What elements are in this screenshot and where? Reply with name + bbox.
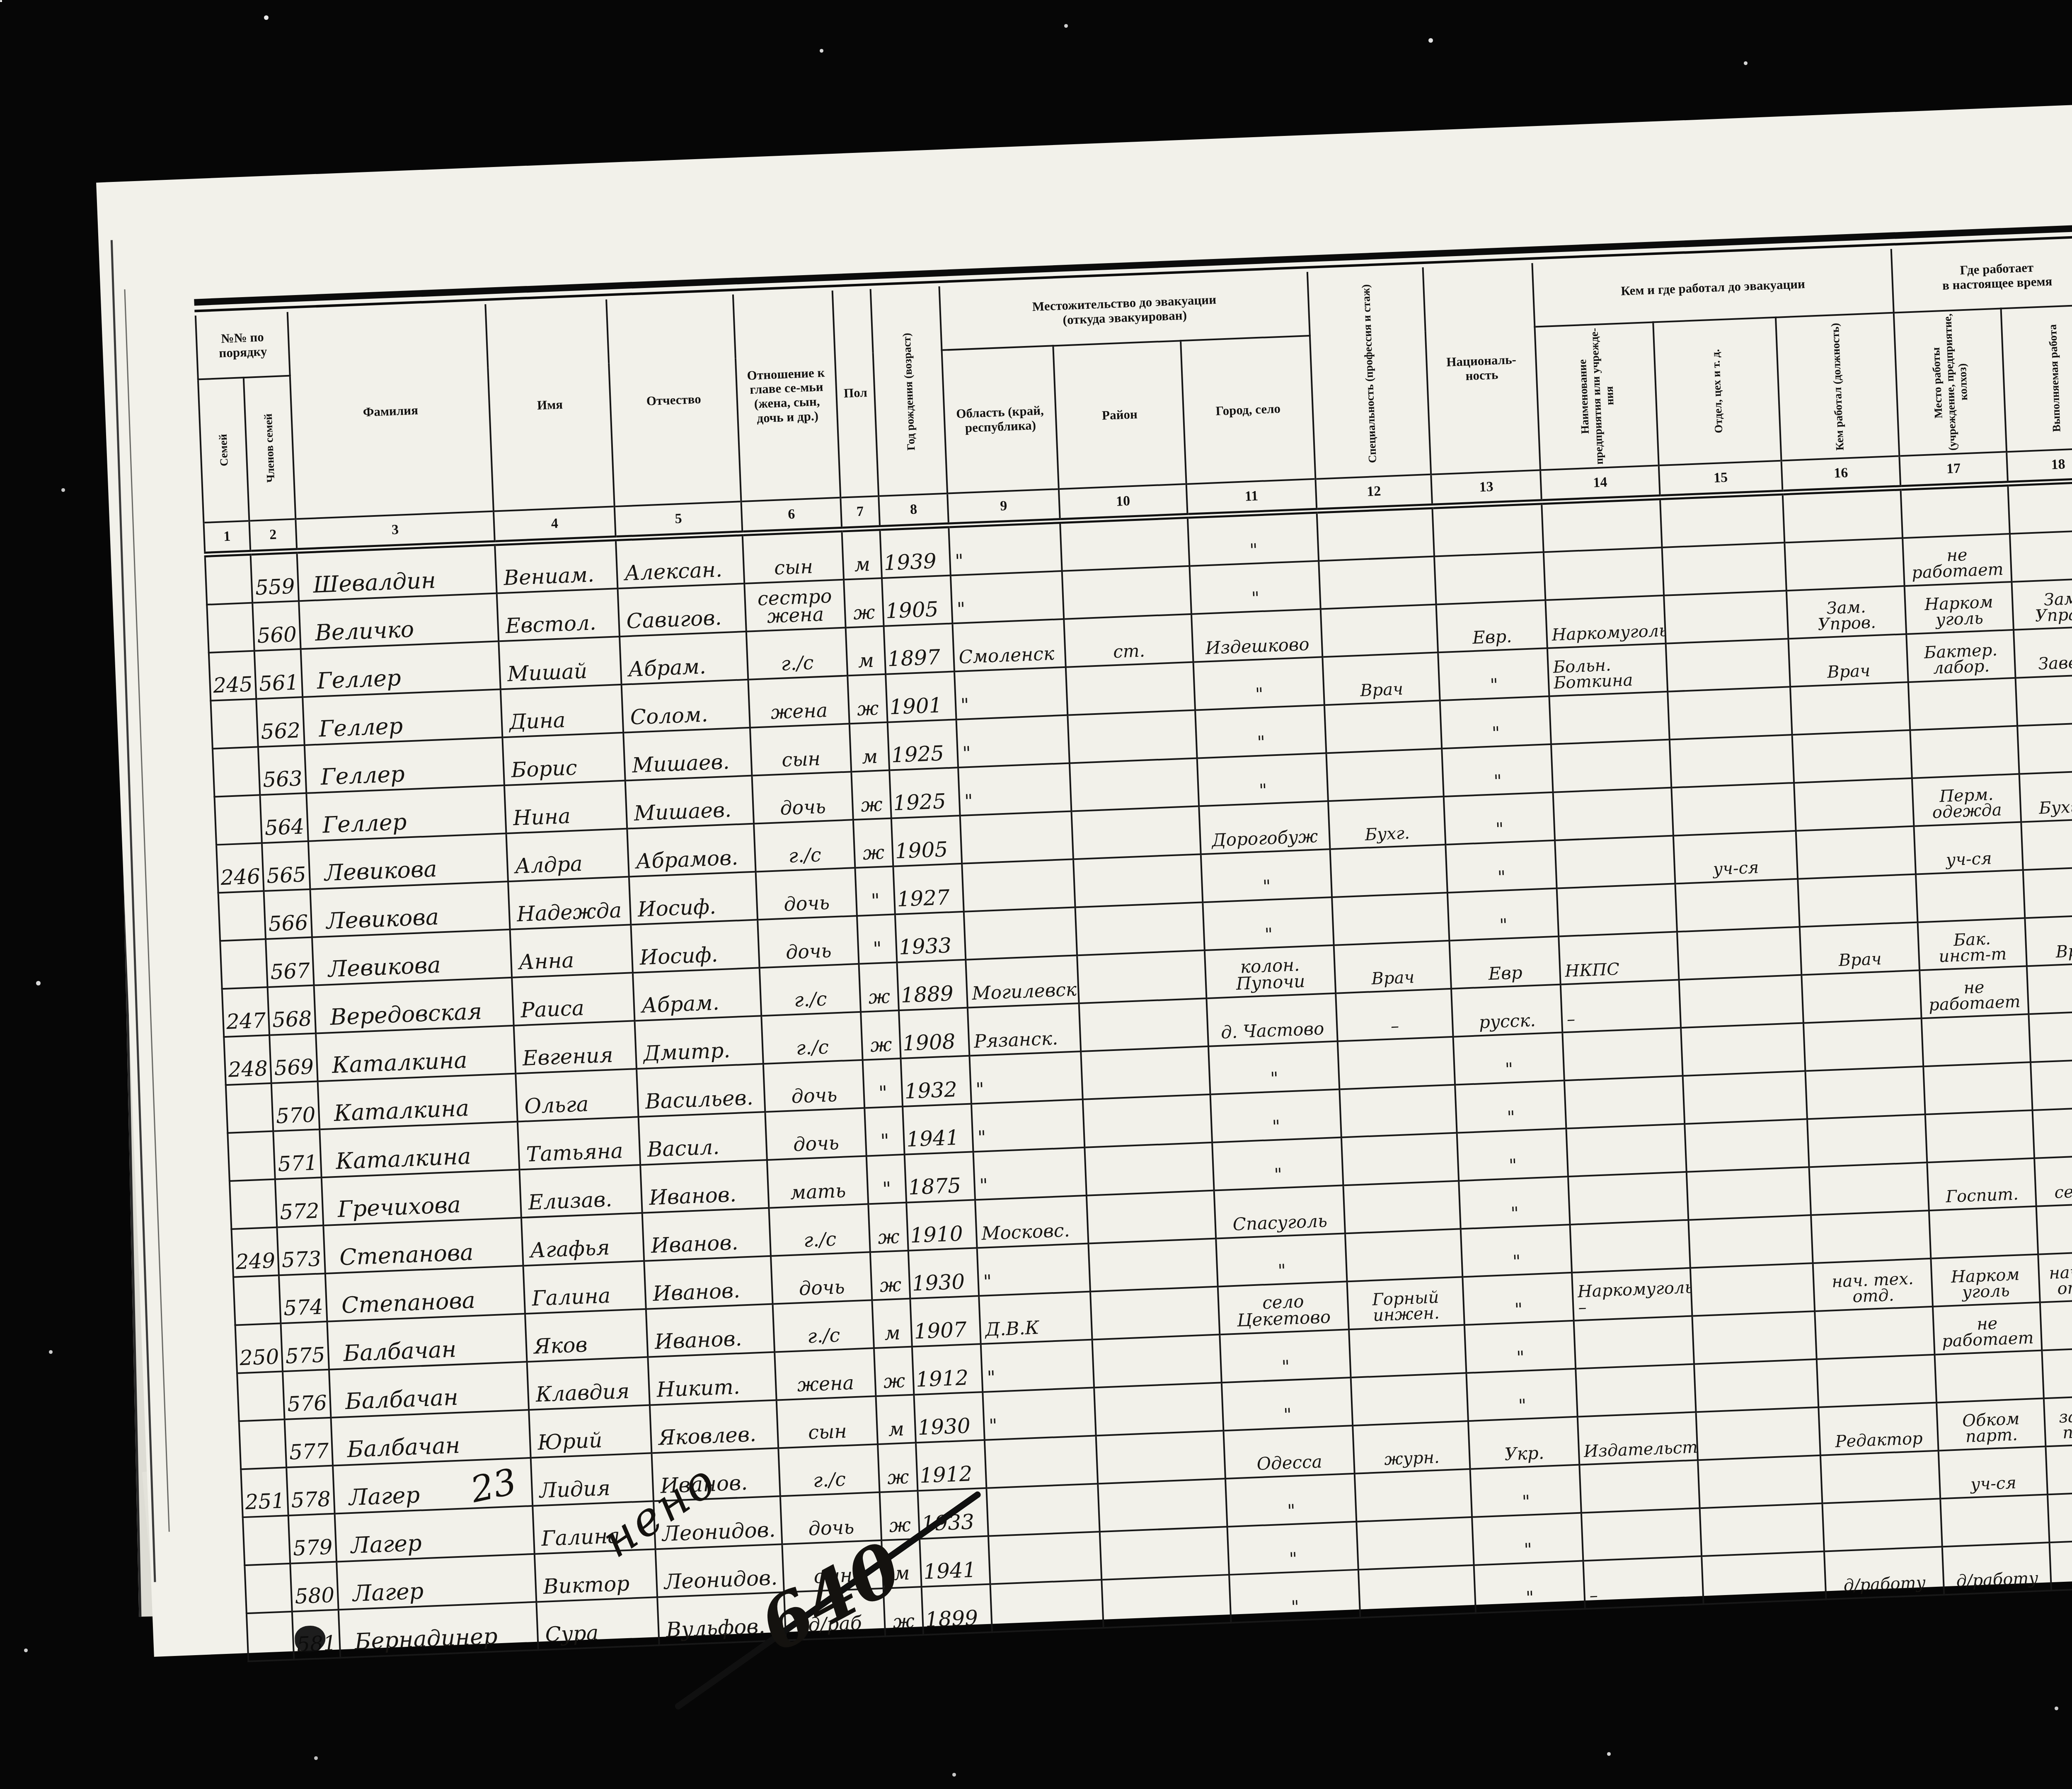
cell-num: 559 (250, 551, 299, 603)
cell-enterprise: Издательство (1578, 1412, 1698, 1465)
cell-surname: Балбачан (329, 1362, 529, 1418)
cell-specialty: Врач (1322, 652, 1440, 705)
cell-raion (1087, 1191, 1216, 1244)
cell-surname: Балбачан (331, 1410, 531, 1466)
cell-num: 569 (269, 1033, 317, 1083)
cell-relation: г./с (761, 1012, 862, 1064)
cell-raion (1094, 1382, 1223, 1436)
cell-relation: дочь (771, 1252, 872, 1304)
cell-raion (1081, 1046, 1210, 1099)
column-number: 1 (203, 521, 250, 554)
cell-position (1801, 970, 1921, 1023)
cell-specialty (1343, 1181, 1460, 1233)
header-work-now: Место работы (учреждение, предприятие, к… (1894, 308, 2007, 456)
cell-position: Зам. Упров. (1786, 586, 1906, 639)
cell-raion (1070, 758, 1199, 811)
cell-oblast (990, 1580, 1104, 1632)
cell-enterprise: Наркомуголь – (1572, 1268, 1692, 1321)
cell-name: Клавдия (527, 1357, 650, 1410)
cell-name: Алдра (506, 829, 629, 881)
cell-specialty: Бухг. (1328, 796, 1445, 849)
column-number: 13 (1431, 470, 1542, 506)
cell-sex: м (876, 1394, 916, 1444)
cell-sex: ж (861, 1010, 900, 1060)
cell-work_now (1922, 1014, 2031, 1066)
cell-surname: Лагер (335, 1506, 535, 1562)
cell-position (1817, 1355, 1936, 1407)
cell-surname: Лагер (336, 1554, 536, 1610)
cell-specialty: Горный инжен. (1347, 1277, 1464, 1329)
cell-num: 573 (277, 1225, 325, 1275)
cell-work_now (1935, 1351, 2044, 1403)
column-number: 15 (1659, 461, 1783, 498)
cell-name: Мишай (499, 637, 621, 689)
cell-enterprise: – (1561, 980, 1681, 1032)
cell-work_now (1900, 484, 2010, 538)
cell-work_done (2031, 1058, 2072, 1110)
cell-oblast: " (954, 667, 1067, 719)
cell-position (1794, 778, 1914, 831)
cell-fam: 249 (231, 1227, 278, 1277)
cell-position: Редактор (1818, 1403, 1938, 1455)
cell-nationality: " (1447, 888, 1559, 941)
cell-nationality: Евр. (1436, 600, 1547, 652)
cell-relation: дочь (756, 868, 857, 920)
cell-name: Татьяна (518, 1117, 640, 1169)
cell-relation: сестро жена (744, 580, 845, 632)
cell-surname: Шевалдин (297, 543, 496, 601)
cell-specialty (1349, 1325, 1466, 1377)
cell-work_done (2010, 530, 2072, 582)
cell-nationality: " (1466, 1369, 1577, 1421)
cell-work_done (2036, 1202, 2072, 1254)
cell-fam (237, 1371, 284, 1421)
cell-year: 1930 (908, 1248, 979, 1298)
cell-surname: Левикова (308, 833, 508, 889)
cell-specialty (1319, 557, 1436, 609)
cell-work_done: Завед. (2014, 626, 2072, 678)
cell-fam (205, 553, 253, 605)
cell-name: Вениам. (495, 538, 618, 593)
cell-fam (218, 891, 266, 941)
cell-oblast (988, 1532, 1101, 1584)
cell-nationality: " (1457, 1128, 1568, 1181)
column-number: 5 (615, 501, 743, 538)
cell-sex: ж (868, 1203, 908, 1252)
cell-patronymic: Дмитр. (634, 1016, 763, 1069)
cell-work_now: Нарком уголь (1905, 582, 2014, 634)
cell-fam: 251 (241, 1467, 288, 1517)
cell-enterprise: Больн. Боткина (1547, 644, 1668, 696)
cell-name: Яков (525, 1309, 648, 1362)
cell-work_now (1916, 870, 2025, 922)
cell-surname: Каталкина (316, 1026, 516, 1082)
cell-num: 561 (254, 649, 303, 699)
cell-enterprise (1551, 740, 1671, 792)
cell-year: 1932 (901, 1056, 971, 1106)
header-patronymic: Отчество (606, 295, 741, 507)
cell-dept (1692, 1311, 1816, 1364)
cell-fam (226, 1083, 273, 1133)
cell-surname: Вередовская (314, 978, 514, 1034)
cell-work_now: уч-ся (1914, 822, 2023, 874)
cell-relation: сын (750, 724, 851, 775)
cell-nationality: " (1445, 840, 1556, 893)
cell-city: " (1188, 511, 1319, 566)
cell-position: д/работу (1824, 1547, 1944, 1599)
cell-year: 1912 (912, 1344, 983, 1394)
cell-year: 1907 (910, 1296, 980, 1346)
cell-city: Дорогобуж (1199, 801, 1330, 854)
cell-year: 1875 (905, 1152, 975, 1202)
cell-specialty (1358, 1565, 1476, 1618)
cell-raion (1079, 998, 1208, 1051)
cell-city: " (1227, 1522, 1358, 1575)
cell-fam (243, 1515, 290, 1565)
cell-enterprise (1576, 1364, 1696, 1417)
cell-nationality: " (1438, 648, 1549, 700)
cell-specialty (1338, 1037, 1455, 1089)
cell-oblast: " (958, 763, 1071, 816)
cell-fam (239, 1419, 286, 1469)
cell-nationality: " (1455, 1080, 1566, 1133)
cell-oblast: " (951, 571, 1064, 623)
cell-year: 1927 (893, 864, 963, 914)
header-name: Имя (485, 300, 614, 511)
cell-oblast (985, 1436, 1098, 1488)
cell-city: " (1201, 849, 1332, 902)
cell-surname: Левикова (312, 930, 512, 985)
cell-dept (1694, 1359, 1818, 1412)
cell-fam (228, 1131, 275, 1181)
cell-position (1783, 488, 1903, 542)
cell-nationality (1432, 502, 1544, 556)
cell-surname: Балбачан (327, 1314, 527, 1370)
cell-year: 1933 (895, 912, 966, 962)
cell-oblast: " (977, 1244, 1090, 1296)
cell-oblast (962, 859, 1075, 911)
cell-sex: ж (847, 674, 887, 724)
cell-relation: г./с (778, 1444, 879, 1496)
cell-relation: дочь (758, 916, 859, 968)
header-families: Семей (198, 378, 249, 523)
header-enterprise: Наименование предприятия или учрежде-ния (1535, 322, 1658, 470)
cell-fam (244, 1564, 292, 1613)
cell-dept (1681, 1023, 1805, 1076)
cell-work_now: не работает (1920, 966, 2028, 1018)
cell-name: Анна (510, 925, 633, 977)
cell-name: Нина (504, 781, 627, 833)
cell-position (1822, 1498, 1942, 1551)
cell-num: 574 (279, 1273, 327, 1323)
cell-relation: дочь (763, 1060, 864, 1112)
cell-nationality: Укр. (1468, 1417, 1579, 1469)
cell-work_now (1925, 1110, 2034, 1162)
cell-work_now: уч-ся (1939, 1446, 2048, 1498)
cell-sex: ж (874, 1347, 914, 1397)
cell-sex: м (846, 626, 886, 676)
cell-city: " (1203, 897, 1334, 950)
cell-dept (1690, 1263, 1815, 1316)
cell-year: 1912 (916, 1440, 986, 1491)
cell-year: 1925 (889, 767, 960, 818)
cell-city: колон. Пупочи (1205, 945, 1336, 998)
cell-oblast: " (969, 1051, 1082, 1104)
cell-year: 1899 (922, 1584, 992, 1635)
column-number: 4 (494, 506, 616, 543)
scanned-document-screen: №№ по порядку Фамилия Имя Отчество Отнош… (0, 0, 2072, 1789)
cell-enterprise (1574, 1316, 1694, 1369)
cell-patronymic: Яковлев. (650, 1400, 778, 1453)
cell-oblast: " (956, 715, 1070, 767)
cell-raion (1084, 1143, 1214, 1196)
cell-position (1807, 1114, 1927, 1167)
cell-enterprise (1568, 1172, 1688, 1225)
header-work-now-group: Где работает в настоящее время (1891, 241, 2072, 313)
cell-surname: Каталкина (318, 1074, 518, 1130)
header-raion: Район (1053, 341, 1186, 489)
cell-relation: г./с (754, 820, 855, 872)
cell-num: 571 (273, 1129, 321, 1179)
cell-position: нач. тех. отд. (1813, 1259, 1933, 1311)
cell-specialty: журн. (1353, 1421, 1470, 1474)
cell-num: 578 (286, 1466, 334, 1515)
cell-position (1798, 874, 1917, 927)
cell-oblast: Смоленск (952, 619, 1065, 671)
cell-patronymic: Иванов. (646, 1304, 775, 1357)
cell-fam (233, 1275, 281, 1325)
cell-fam: 247 (222, 987, 269, 1037)
cell-name: Сура (536, 1597, 659, 1650)
cell-work_now (1908, 678, 2017, 730)
cell-enterprise (1544, 547, 1664, 600)
cell-sex: ж (853, 818, 893, 868)
cell-dept (1675, 879, 1799, 932)
cell-fam (220, 939, 267, 989)
cell-surname: Степанова (323, 1218, 523, 1273)
cell-nationality (1434, 552, 1545, 604)
cell-oblast (986, 1484, 1099, 1536)
cell-specialty (1324, 700, 1442, 753)
cell-sex: " (867, 1155, 906, 1204)
cell-oblast (964, 907, 1077, 959)
cell-specialty (1330, 845, 1447, 897)
column-number: 10 (1059, 484, 1188, 521)
cell-patronymic: Иванов. (644, 1256, 772, 1309)
cell-city: Издешково (1191, 609, 1322, 662)
cell-specialty (1339, 1085, 1457, 1138)
cell-surname: Гречихова (322, 1169, 521, 1225)
cell-raion (1062, 566, 1191, 619)
cell-oblast: " (949, 521, 1062, 575)
cell-oblast (960, 811, 1073, 863)
cell-relation: г./с (760, 964, 861, 1016)
cell-city: Спасуголь (1214, 1185, 1345, 1238)
cell-year: 1941 (920, 1536, 990, 1587)
cell-raion (1075, 902, 1205, 955)
cell-work_done (2016, 674, 2072, 726)
cell-sex: ж (859, 962, 899, 1012)
cell-surname: Каталкина (320, 1122, 519, 1178)
cell-oblast: Московс. (975, 1196, 1088, 1248)
cell-num: 572 (275, 1177, 323, 1227)
cell-nationality: " (1461, 1225, 1572, 1277)
cell-position: Врач (1800, 922, 1920, 975)
cell-fam (213, 747, 260, 796)
cell-specialty (1355, 1469, 1472, 1522)
cell-dept (1688, 1215, 1813, 1268)
cell-num: 576 (283, 1370, 331, 1419)
cell-year: 1901 (886, 671, 956, 722)
registration-table-wrap: №№ по порядку Фамилия Имя Отчество Отнош… (194, 221, 2072, 1663)
cell-patronymic: Васильев. (637, 1064, 765, 1117)
cell-work_now: Нарком уголь (1931, 1254, 2040, 1307)
cell-sex: ж (880, 1491, 920, 1540)
cell-num: 570 (271, 1081, 320, 1131)
cell-work_now: Перм. одежда (1912, 774, 2021, 826)
cell-position (1809, 1162, 1929, 1215)
cell-work_done: сестра (2034, 1154, 2072, 1206)
cell-surname: Геллер (305, 737, 504, 793)
cell-num: 575 (281, 1322, 329, 1371)
cell-patronymic: Абрам. (620, 632, 748, 685)
cell-num: 566 (264, 889, 312, 939)
cell-fam (211, 699, 258, 748)
cell-name: Ольга (516, 1069, 638, 1121)
cell-year: 1897 (884, 623, 954, 674)
cell-city: " (1210, 1089, 1341, 1143)
cell-year: 1905 (882, 575, 952, 626)
cell-num: 562 (256, 697, 304, 747)
cell-dept (1687, 1167, 1811, 1220)
cell-nationality: " (1453, 1032, 1564, 1085)
cell-work_done (2048, 1491, 2072, 1543)
cell-name: Надежда (508, 877, 631, 930)
cell-dept (1698, 1455, 1822, 1508)
cell-oblast: " (983, 1387, 1096, 1440)
cell-surname: Степанова (325, 1266, 525, 1322)
cell-work_now (1929, 1206, 2038, 1259)
cell-raion (1100, 1527, 1229, 1580)
cell-specialty (1317, 506, 1434, 561)
cell-nationality: " (1440, 696, 1551, 748)
header-surname: Фамилия (288, 304, 494, 519)
cell-city: село Цекетово (1218, 1281, 1349, 1334)
cell-nationality: " (1462, 1273, 1573, 1325)
cell-work_now: не работает (1903, 534, 2011, 586)
cell-work_done (2027, 962, 2072, 1014)
cell-dept (1683, 1071, 1807, 1124)
cell-patronymic: Иосиф. (631, 920, 759, 973)
cell-relation: сын (777, 1396, 878, 1448)
column-number: 16 (1782, 456, 1901, 492)
cell-fam: 248 (224, 1035, 271, 1085)
header-nationality: Националь- ность (1423, 263, 1540, 474)
cell-city: " (1216, 1233, 1347, 1286)
cell-work_done (2028, 1010, 2072, 1063)
cell-name: Евстол. (497, 588, 620, 641)
cell-year: 1908 (899, 1008, 969, 1058)
cell-oblast: " (973, 1147, 1087, 1200)
cell-name: Юрий (529, 1405, 651, 1458)
cell-work_now (1910, 726, 2019, 778)
cell-nationality: " (1459, 1177, 1570, 1229)
cell-sex: " (855, 866, 895, 916)
cell-num: 579 (288, 1514, 336, 1564)
cell-nationality: " (1444, 792, 1555, 845)
cell-city: " (1229, 1570, 1360, 1623)
cell-relation: жена (748, 675, 849, 727)
cell-enterprise (1555, 835, 1675, 888)
header-city: Город, село (1181, 336, 1315, 484)
cell-patronymic: Абрам. (633, 968, 761, 1021)
cell-num: 565 (262, 841, 310, 891)
cell-enterprise (1549, 692, 1669, 744)
cell-enterprise (1564, 1076, 1685, 1128)
cell-relation: дочь (765, 1108, 866, 1160)
cell-year: 1889 (897, 960, 967, 1010)
cell-raion (1077, 950, 1206, 1003)
cell-work_done: Врач (2025, 914, 2072, 966)
cell-city: " (1195, 705, 1326, 758)
cell-raion (1090, 1286, 1220, 1339)
cell-relation: г./с (769, 1204, 870, 1256)
cell-surname: Бернадинер (339, 1602, 538, 1658)
cell-year: 1905 (891, 816, 962, 866)
cell-oblast: Д.В.К (979, 1292, 1092, 1344)
cell-patronymic: Васил. (639, 1112, 767, 1165)
cell-city: Одесса (1223, 1426, 1354, 1479)
cell-num: 560 (252, 601, 300, 651)
cell-relation: жена (775, 1348, 876, 1400)
cell-position: Врач (1788, 634, 1908, 687)
cell-specialty (1356, 1517, 1474, 1570)
cell-dept (1670, 735, 1794, 788)
cell-work_done (2008, 479, 2072, 534)
cell-enterprise (1579, 1460, 1699, 1513)
cell-patronymic: Савигов. (618, 583, 746, 637)
cell-position (1790, 682, 1910, 735)
cell-raion (1098, 1479, 1227, 1532)
header-dept: Отдел, цех и т. д. (1653, 317, 1781, 465)
cell-raion (1083, 1094, 1212, 1147)
cell-sex: ж (844, 578, 884, 628)
cell-dept (1677, 927, 1801, 980)
header-relation: Отношение к главе се-мьи (жена, сын, доч… (733, 291, 840, 501)
cell-name: Галина (523, 1261, 646, 1314)
cell-num: 568 (268, 985, 316, 1035)
cell-num: 580 (290, 1561, 338, 1611)
cell-enterprise: Наркомуголь (1545, 596, 1665, 648)
cell-enterprise (1581, 1508, 1702, 1561)
cell-year: 1925 (888, 719, 958, 770)
header-family-members: Членов семей (244, 376, 296, 521)
cell-work_done: нач. тех. отдела (2038, 1250, 2072, 1302)
cell-sex: " (863, 1058, 903, 1108)
cell-num: 563 (258, 745, 306, 795)
cell-city: " (1208, 1041, 1339, 1094)
cell-raion (1096, 1431, 1225, 1484)
cell-enterprise (1570, 1220, 1690, 1273)
cell-surname: Геллер (306, 785, 506, 841)
cell-year: 1930 (914, 1392, 984, 1443)
scanner-dust-specks (0, 0, 2, 2)
cell-relation: мать (767, 1156, 868, 1208)
cell-num: 564 (260, 793, 308, 843)
cell-specialty: – (1336, 989, 1453, 1041)
cell-raion (1067, 710, 1197, 763)
cell-relation: дочь (752, 772, 853, 823)
